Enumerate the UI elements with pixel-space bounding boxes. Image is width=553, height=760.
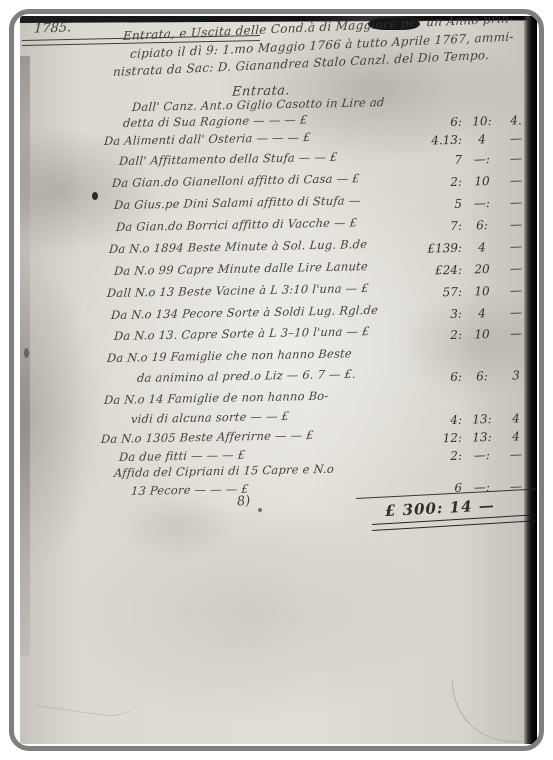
amount-soldi: 4 <box>462 240 502 255</box>
amount-denari: 4. <box>502 113 530 128</box>
entry-text: vidi di alcuna sorte — — £ <box>131 409 290 426</box>
amount-denari: 4 <box>502 411 530 426</box>
page-corner-curl <box>452 681 523 742</box>
amount-soldi: 6: <box>462 218 502 233</box>
amount-soldi: 20 <box>462 262 502 277</box>
entry-text: Da N.o 13. Capre Sorte à L 3–10 l'una — … <box>114 324 371 343</box>
amount-soldi: 6: <box>462 369 502 384</box>
amount-lire: £139: <box>410 241 462 256</box>
entry-amount: 5 —: — <box>410 195 534 212</box>
page-corner-curl <box>36 666 151 722</box>
amount-denari: — <box>502 305 530 320</box>
amount-denari: — <box>502 479 530 494</box>
entry-amount: 6: 10: 4. <box>410 113 534 130</box>
amount-lire: 2: <box>410 328 462 343</box>
amount-soldi: —: <box>462 448 502 463</box>
amount-lire: 12: <box>410 431 462 446</box>
folio-number: 1785. <box>33 20 71 36</box>
amount-denari: — <box>502 326 530 341</box>
entry-text: Da due fitti — — — £ <box>119 448 246 464</box>
entry-amount: 6: 6: 3 <box>410 368 534 385</box>
amount-denari: — <box>502 261 530 276</box>
entry-amount: 4: 13: 4 <box>410 411 534 428</box>
amount-soldi: 10 <box>462 327 502 342</box>
entry-text: Da Gian.do Gianelloni affitto di Casa — … <box>112 171 361 190</box>
amount-lire: 5 <box>410 197 462 212</box>
amount-soldi: 10 <box>462 174 502 189</box>
entry-amount: 3: 4 — <box>410 305 534 322</box>
entry-text: Da Gian.do Borrici affitto di Vacche — £ <box>116 215 358 234</box>
amount-lire: 4.13: <box>410 133 462 148</box>
entry-amount: 7 —: — <box>410 151 534 168</box>
entry-text: detta di Sua Ragione — — — £ <box>123 112 308 130</box>
marginal-mark: 8) <box>236 493 251 509</box>
amount-lire: 7: <box>410 219 462 234</box>
amount-lire: 6: <box>410 370 462 385</box>
entry-text: Da N.o 19 Famiglie che non hanno Beste <box>107 346 353 365</box>
entry-text: Affida del Cipriani di 15 Capre e N.o <box>114 462 335 480</box>
amount-soldi: 10: <box>462 114 502 129</box>
entry-amount: 2: 10 — <box>410 173 534 190</box>
entry-text: Da N.o 134 Pecore Sorte à Soldi Lug. Rgl… <box>111 303 379 322</box>
entry-text: 13 Pecore — — — £ <box>131 482 250 498</box>
amount-soldi: 4 <box>462 132 502 147</box>
entry-amount: 12: 13: 4 <box>410 429 534 446</box>
amount-lire: 6: <box>410 115 462 130</box>
total-amount: £ 300: 14 — <box>385 496 496 520</box>
scanned-document: 1785. Entrata, e Uscita delle Cond.à di … <box>0 0 553 760</box>
amount-soldi: 13: <box>462 430 502 445</box>
amount-lire: 4: <box>410 413 462 428</box>
entry-amount: 7: 6: — <box>410 217 534 234</box>
entry-amount: £139: 4 — <box>410 239 534 256</box>
amount-lire: 2: <box>410 175 462 190</box>
entry-text: da animino al pred.o Liz — 6. 7 — £. <box>137 367 357 385</box>
amount-lire: 57: <box>410 285 462 300</box>
amount-denari: — <box>502 151 530 166</box>
amount-lire: 2: <box>410 449 462 464</box>
entry-text: Da Alimenti dall' Osteria — — — £ <box>104 130 312 148</box>
entry-amount: 57: 10 — <box>410 283 534 300</box>
amount-soldi: 10 <box>462 284 502 299</box>
amount-denari: — <box>502 239 530 254</box>
ink-speck <box>92 192 98 200</box>
amount-soldi: —: <box>462 196 502 211</box>
amount-denari: — <box>502 195 530 210</box>
amount-soldi: 13: <box>462 412 502 427</box>
amount-lire: 3: <box>410 307 462 322</box>
entry-amount: 2: —: — <box>410 447 534 464</box>
amount-denari: — <box>502 283 530 298</box>
amount-denari: — <box>502 173 530 188</box>
amount-lire: 7 <box>410 153 462 168</box>
entry-text: Dall' Canz. Ant.o Giglio Casotto in Lire… <box>132 95 385 114</box>
amount-soldi: 4 <box>462 306 502 321</box>
amount-soldi: —: <box>462 152 502 167</box>
entry-text: Da N.o 14 Famiglie de non hanno Bo- <box>104 389 329 407</box>
entry-amount: £24: 20 — <box>410 261 534 278</box>
ink-speck <box>258 508 262 512</box>
amount-denari: 4 <box>502 429 530 444</box>
amount-denari: — <box>502 447 530 462</box>
amount-denari: 3 <box>502 368 530 383</box>
entry-text: Da N.o 1894 Beste Minute à Sol. Lug. B.d… <box>109 237 368 256</box>
entry-text: Da Gius.pe Dini Salami affitto di Stufa … <box>114 193 361 212</box>
entry-amount: 2: 10 — <box>410 326 534 343</box>
entry-text: Dall N.o 13 Beste Vacine à L 3:10 l'una … <box>107 281 370 300</box>
entry-amount: 4.13: 4 — <box>410 131 534 148</box>
amount-lire: £24: <box>410 263 462 278</box>
amount-denari: — <box>502 131 530 146</box>
entry-text: Da N.o 1305 Beste Afferirne — — £ <box>101 428 315 446</box>
entry-text: Da N.o 99 Capre Minute dalle Lire Lanute <box>114 259 369 278</box>
ink-speck <box>24 348 29 358</box>
manuscript-page: 1785. Entrata, e Uscita delle Cond.à di … <box>20 16 537 744</box>
entry-text: Dall' Affittamento della Stufa — — £ <box>119 150 338 168</box>
amount-denari: — <box>502 217 530 232</box>
